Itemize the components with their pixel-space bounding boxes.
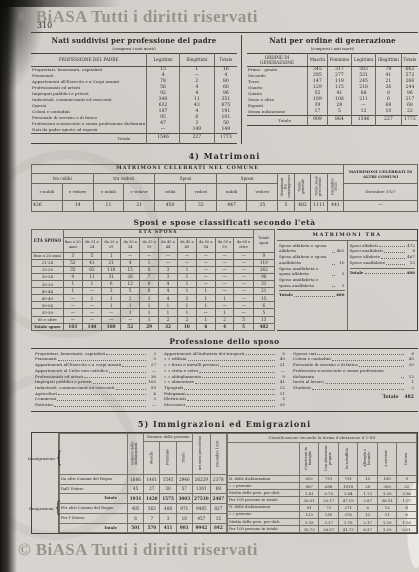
group-header: tra vedovi <box>93 173 155 184</box>
col-header-mesi-precedenti: nei mesi precedenti <box>192 433 210 474</box>
cell: 1773 <box>214 133 237 143</box>
cell: 9942 <box>192 523 210 533</box>
cell: 9 <box>63 273 82 280</box>
dot-leader <box>332 286 335 287</box>
list-item: Studenti2 <box>293 385 414 391</box>
cell: 1 <box>102 252 121 259</box>
cell: 28 <box>358 483 378 490</box>
cell: 13 <box>377 504 397 511</box>
age-col-header: fino a 20 anni <box>63 237 82 252</box>
table-row: Media delle pers. per dich.1.410.751.841… <box>228 490 417 497</box>
row-label: 45-49 <box>32 295 64 302</box>
cell: 98 <box>253 273 274 280</box>
dot-leader <box>317 354 404 355</box>
cell: 1 <box>140 309 159 316</box>
item-label: Sposo alfabeta e sposa alfabeta <box>279 243 331 254</box>
dot-leader <box>188 360 276 361</box>
table-row: 25-29358211815831———262 <box>32 266 275 273</box>
cell: 1 <box>82 295 101 302</box>
cell: 3.56 <box>397 490 417 497</box>
total-label: Totale <box>383 395 399 400</box>
list-item: Professioni sconosciute o senza professi… <box>293 368 414 379</box>
cell: 1 <box>177 273 196 280</box>
cell: — <box>102 309 121 316</box>
literacy-lists: Sposo alfabeta e sposa alfabeta462Sposo … <box>277 241 417 330</box>
item-value: 2 <box>405 385 414 391</box>
age-classification-block: ETÀ SPOSO ETÀ SPOSA Totale sposi fino a … <box>31 229 418 331</box>
brace-glyph: { <box>56 449 62 467</box>
cell: 13 <box>358 511 378 518</box>
col-header-dichiarazioni: Numero delle dichiarazioni <box>127 433 143 474</box>
cell: 2 <box>177 295 196 302</box>
table-row: Per l' Estero6731045715 <box>60 513 227 523</box>
cell: 1545 <box>160 474 176 484</box>
cell: 119 <box>253 259 274 266</box>
table-subtitle: (compresi i nati morti) <box>31 46 237 51</box>
literacy-list-right: Sposi alfabeti472Sposi analfabeti8Spose … <box>348 241 418 330</box>
cell: — <box>121 316 140 323</box>
table-title: MATRIMONI CELEBRATI NEL COMUNE <box>32 164 344 173</box>
row-label: Per 100 persone in totale <box>228 497 300 504</box>
cell: 8 <box>140 266 159 273</box>
sub-header: nubili <box>216 184 247 200</box>
cell: — <box>140 252 159 259</box>
emigration-group-label: Emigrazioni { <box>32 483 58 533</box>
row-label: 25-29 <box>32 266 64 273</box>
cell: 1.50 <box>397 519 417 526</box>
row-label: 55-59 <box>32 309 64 316</box>
cell: 57 <box>176 484 192 494</box>
dot-leader <box>122 366 146 367</box>
table-row: Per 100 persone in totale26.5120.1747.19… <box>228 497 417 504</box>
dot-leader <box>365 273 405 274</box>
item-value: 480 <box>406 270 415 276</box>
cell: — <box>159 259 178 266</box>
literacy-list-left: Sposo alfabeta e sposa alfabeta462Sposo … <box>277 241 348 330</box>
table-row: 50-54——111111——6 <box>32 302 275 309</box>
cell: 1.73 <box>358 490 378 497</box>
sub-header: vedovi <box>185 184 216 200</box>
item-label: Meccanici <box>164 402 185 408</box>
row-label: N. delle dichiarazioni <box>228 504 300 511</box>
group-header: Sposi <box>155 173 217 184</box>
cell: — <box>196 309 215 316</box>
dot-leader <box>381 258 405 259</box>
cell: 27530 <box>192 494 210 504</box>
cell: 411 <box>160 523 176 533</box>
row-label: 60 e oltre <box>32 316 64 323</box>
migration-group-labels: Immigrazioni { Emigrazioni { <box>32 433 59 534</box>
row-label: Media delle pers. per dich. <box>228 519 300 526</box>
row-label: fino a 20 anni <box>32 252 64 259</box>
dot-leader <box>186 406 275 407</box>
cell: 441 <box>327 200 343 211</box>
cell: 1 <box>196 295 215 302</box>
cell: 1773 <box>401 115 418 125</box>
dot-leader <box>58 394 146 395</box>
row-label: Per altri Comuni del Regno <box>60 504 128 514</box>
cell: 9 <box>397 475 417 482</box>
table-row: 436141121450324473554821111441— <box>32 200 418 211</box>
row-label: Totale <box>60 494 128 504</box>
dot-leader <box>332 252 335 253</box>
cell: 52 <box>121 323 140 330</box>
cell: 35.73 <box>299 526 319 533</box>
cell: 867 <box>299 483 319 490</box>
table-row: Dall' Estero45273057130189 <box>60 484 227 494</box>
cell: 91 <box>299 504 319 511</box>
cell: 1 <box>215 309 234 316</box>
dot-leader <box>386 264 405 265</box>
item-value: 462 <box>336 248 345 254</box>
dot-leader <box>332 264 335 265</box>
cell: — <box>215 273 234 280</box>
dot-leader <box>220 366 275 367</box>
cell: 1546 <box>352 115 376 125</box>
dot-leader <box>312 389 404 390</box>
row-label: » » persone <box>228 511 300 518</box>
row-label: 30-34 <box>32 273 64 280</box>
cell: 26229 <box>192 474 210 484</box>
groom-profession-block: Proprietari, benestanti, capitalisti3Pen… <box>31 348 418 412</box>
cell: 376 <box>338 511 358 518</box>
scanned-document-page: © BiASA Tutti i diritti riservati © BiAS… <box>0 0 419 572</box>
age-col-header: da 40 a 44 <box>159 237 178 252</box>
cell: 21 <box>253 288 274 295</box>
cell: 1 <box>177 302 196 309</box>
cell: 6 <box>196 323 215 330</box>
item-label: Professioni sconosciute o senza professi… <box>293 368 400 379</box>
cell: — <box>215 302 234 309</box>
cell: 103 <box>63 323 82 330</box>
row-label: Totale spose <box>32 323 64 330</box>
class-col-header: Con abitazione propria <box>319 442 339 475</box>
cell: 1 <box>140 259 159 266</box>
list-item: Totale480 <box>279 290 345 298</box>
block-title: MATRIMONI TRA <box>277 230 417 241</box>
table-row: 55-59———1111—1—5 <box>32 309 275 316</box>
age-col-header: da 30 a 34 <box>121 237 140 252</box>
cell: — <box>234 309 253 316</box>
cell: — <box>215 281 234 288</box>
cell: 1931 <box>127 494 143 504</box>
cell: — <box>196 273 215 280</box>
cell: 6 <box>102 281 121 288</box>
cell: 89 <box>210 484 226 494</box>
cell: 15 <box>253 295 274 302</box>
cell: 1886 <box>127 474 143 484</box>
list-item: Sposo alfabeta e sposa alfabeta462 <box>279 243 345 254</box>
item-value: 30 <box>405 362 414 368</box>
row-label: 21-24 <box>32 259 64 266</box>
cell: 0.61 <box>397 526 417 533</box>
cell: 30 <box>160 484 176 494</box>
blank-corner <box>228 442 300 475</box>
group-label-text: Immigrazioni <box>28 456 55 461</box>
dot-leader <box>332 360 404 361</box>
table-row: Per 100 persone in totale35.7326.5741.73… <box>228 526 417 533</box>
table-row: fino a 20 anni351———————9 <box>32 252 275 259</box>
cell: 29 <box>140 323 159 330</box>
cell: 41.73 <box>338 526 358 533</box>
cell: 1 <box>63 281 82 288</box>
col-header: Totale <box>214 54 237 67</box>
total-value: 482 <box>404 395 414 400</box>
cell: 47.19 <box>338 497 358 504</box>
list-item: Sposo analfabeta e sposa alfabeta5 <box>279 266 345 277</box>
row-label: Totale <box>247 115 308 125</box>
col-header: ORDINE DI GENERAZIONE <box>247 54 308 67</box>
cell: 9485 <box>192 504 210 514</box>
cell: — <box>344 200 418 211</box>
col-header-consanguinei: Matrimoni fra consanguinei <box>278 173 294 200</box>
cell: 15 <box>121 266 140 273</box>
table-row: 45-49—11234211—15 <box>32 295 275 302</box>
blank-corner <box>60 433 128 474</box>
births-tables: Nati suddivisi per professione del padre… <box>31 32 418 144</box>
cell: 21 <box>102 259 121 266</box>
cell: 5 <box>278 200 294 211</box>
cell: 1428 <box>144 494 160 504</box>
cell: 9 <box>253 252 274 259</box>
cell: 2946 <box>176 474 192 484</box>
cell: 482 <box>253 323 274 330</box>
col-header: Legittimi <box>352 54 376 67</box>
cell: 15 <box>358 475 378 482</box>
col-header-dicembre: Dicembre 1926 <box>210 433 226 474</box>
cell: — <box>196 259 215 266</box>
list-item: Meccanici35 <box>164 402 285 408</box>
cell: 5 <box>82 252 101 259</box>
cell: — <box>102 316 121 323</box>
cell: — <box>215 252 234 259</box>
cell: 5 <box>234 323 253 330</box>
class-col-header: Alberghi o locande <box>358 442 378 475</box>
birth-order-table: ORDINE DI GENERAZIONE Maschi Femmine Leg… <box>247 53 418 126</box>
dot-leader <box>93 383 146 384</box>
cell: 13 <box>253 316 274 323</box>
watermark-bottom: © BiASA Tutti i diritti riservati <box>18 540 258 560</box>
table-row: 21-2452412141—————119 <box>32 259 275 266</box>
cell: 185 <box>377 475 397 482</box>
cell: 45 <box>127 484 143 494</box>
cell: — <box>234 288 253 295</box>
page-number: 310 <box>37 21 418 30</box>
cell: 450 <box>155 200 186 211</box>
cell: 1401 <box>144 474 160 484</box>
class-col-header: In subaffitto <box>338 442 358 475</box>
table-row: 35-3911612641———31 <box>32 281 275 288</box>
table-row: Totale spose10314016052293210645482 <box>32 323 275 330</box>
profession-total: Totale 482 <box>293 395 414 400</box>
cell: 21 <box>124 200 155 211</box>
cell: 1.84 <box>338 490 358 497</box>
cell: 5 <box>234 316 253 323</box>
immigration-group-label: Immigrazioni { <box>32 433 58 483</box>
dot-leader <box>195 383 275 384</box>
list-item: Sposo alfabeta e sposa analfabeta10 <box>279 254 345 265</box>
cell: 31 <box>253 281 274 288</box>
migration-block: Immigrazioni { Emigrazioni { Numero dell… <box>31 432 418 535</box>
cell: 32 <box>159 323 178 330</box>
cell: 495 <box>127 504 143 514</box>
cell: — <box>63 295 82 302</box>
cell: 118 <box>102 266 121 273</box>
cell: 1 <box>140 302 159 309</box>
cell: — <box>234 281 253 288</box>
cell: 1.29 <box>377 526 397 533</box>
cell: 1 <box>177 309 196 316</box>
cell: 2378 <box>210 474 226 484</box>
cell: 482 <box>294 200 310 211</box>
class-col-header: Diversi <box>397 442 417 475</box>
list-item: Fattorini— <box>35 402 156 408</box>
cell: 4 <box>121 259 140 266</box>
dot-leader <box>84 377 146 378</box>
cell: 3 <box>102 288 121 295</box>
cell: 6 <box>253 302 274 309</box>
cell: 3 <box>159 266 178 273</box>
cell: 1 <box>140 316 159 323</box>
cell: 658 <box>319 483 339 490</box>
cell: 1546 <box>147 133 180 143</box>
cell: — <box>215 259 234 266</box>
dot-leader <box>54 406 146 407</box>
cell: 5 <box>253 309 274 316</box>
cell: — <box>121 252 140 259</box>
cell: 1 <box>121 309 140 316</box>
dot-leader <box>332 275 335 276</box>
housing-classification-table: Classificazione secondo la forma d'abita… <box>227 433 417 534</box>
cell: 10 <box>177 323 196 330</box>
cell: 300 <box>377 483 397 490</box>
cell: 4 <box>159 288 178 295</box>
cell: 82 <box>82 266 101 273</box>
cell: 1 <box>196 302 215 309</box>
dot-leader <box>294 296 334 297</box>
cell: 1575 <box>160 494 176 504</box>
cell: — <box>177 259 196 266</box>
table-row: » » persone12325537613116 <box>228 511 417 518</box>
cell: — <box>234 259 253 266</box>
row-axis-label: ETÀ SPOSO <box>32 229 64 252</box>
cell: 1 <box>121 302 140 309</box>
item-label: Fattorini <box>35 402 53 408</box>
col-header: Illegittimi <box>376 54 402 67</box>
marriages-table: MATRIMONI CELEBRATI NEL COMUNE MATRIMONI… <box>31 164 418 212</box>
dot-leader <box>184 389 275 390</box>
cell: 140 <box>82 323 101 330</box>
cell: 160 <box>102 323 121 330</box>
cell: — <box>234 252 253 259</box>
col-header: Legittimi <box>147 54 180 67</box>
cell: 501 <box>127 523 143 533</box>
cell: 7 <box>144 513 160 523</box>
cell: — <box>177 252 196 259</box>
section-heading-eta: Sposi e spose classificati secondo l'età <box>31 218 418 227</box>
age-col-header: da 60 e oltre <box>234 237 253 252</box>
profession-list-3: Operai vari8Coloni e contadini45Personal… <box>289 351 418 408</box>
cell: 6 <box>397 511 417 518</box>
cell: — <box>234 273 253 280</box>
row-label: Totale <box>31 133 147 143</box>
section-heading-professione-sposo: Professione dello sposo <box>31 337 418 346</box>
sub-header: celibi <box>155 184 186 200</box>
dot-leader <box>116 389 146 390</box>
row-label: Da altri Comuni del Regno <box>60 474 128 484</box>
item-value: — <box>147 402 156 408</box>
item-label: Studenti <box>293 385 311 391</box>
item-label: Totale <box>279 292 293 298</box>
cell: 227 <box>376 115 402 125</box>
cell: 5 <box>121 288 140 295</box>
cell: 1 <box>177 266 196 273</box>
class-col-header: Conviventi in famiglia <box>299 442 319 475</box>
list-item: Spose analfabete13 <box>350 260 416 266</box>
cell: 408 <box>160 504 176 514</box>
cell: 1 <box>196 288 215 295</box>
table-title: Nati per ordine di generazione <box>247 36 418 45</box>
literacy-marriages-block: MATRIMONI TRA Sposo alfabeta e sposa alf… <box>277 229 418 331</box>
births-by-father-profession: Nati suddivisi per professione del padre… <box>31 35 242 144</box>
row-label: 436 <box>32 200 63 211</box>
col-axis-label: ETÀ SPOSA <box>63 229 253 237</box>
sub-header-femmine: Femmine <box>160 441 176 474</box>
cell: — <box>82 316 101 323</box>
cell: — <box>82 309 101 316</box>
cell: 27 <box>144 484 160 494</box>
cell: 20.17 <box>319 497 339 504</box>
sub-header-other-dicembre: Dicembre 1927 <box>344 184 418 200</box>
dot-leader <box>325 383 404 384</box>
col-header: Maschi <box>308 54 328 67</box>
age-col-header: da 45 a 49 <box>177 237 196 252</box>
cell: 6 <box>358 504 378 511</box>
dot-leader <box>109 372 146 373</box>
row-label: Per 100 persone in totale <box>228 526 300 533</box>
cell: 2467 <box>210 494 226 504</box>
cell: 14 <box>62 200 93 211</box>
cell: — <box>234 302 253 309</box>
section-heading-migrazioni: 5) Immigrazioni ed Emigrazioni <box>31 419 418 429</box>
cell: — <box>196 281 215 288</box>
item-label: Sposo analfabeta e sposa alfabeta <box>279 266 331 277</box>
group-header: tra celibi <box>32 173 94 184</box>
cell: 3003 <box>176 494 192 504</box>
table-row: 30-349113136731———98 <box>32 273 275 280</box>
item-value: 5 <box>336 271 345 277</box>
cell: 3.87 <box>358 497 378 504</box>
dot-leader <box>58 360 146 361</box>
cell: 1111 <box>311 200 327 211</box>
dot-leader <box>199 372 275 373</box>
cell: 1 <box>63 288 82 295</box>
migration-counts-table: Numero delle dichiarazioni Numero delle … <box>59 433 227 534</box>
sub-header-totale: Totale <box>176 441 192 474</box>
cell: 751 <box>319 475 339 482</box>
row-label: 50-54 <box>32 302 64 309</box>
table-row: 40-441—356411——21 <box>32 288 275 295</box>
cell: 227 <box>179 133 214 143</box>
cell: 15 <box>210 513 226 523</box>
row-label: Dall' Estero <box>60 484 128 494</box>
sub-header: e vedove <box>62 184 93 200</box>
other-municipalities-title: MATRIMONI CELEBRATI IN ALTRI COMUNI <box>344 164 418 184</box>
cell: — <box>234 295 253 302</box>
item-label: Totale <box>350 270 364 276</box>
age-col-header: da 21 a 24 <box>82 237 101 252</box>
cell: 3.17 <box>319 519 339 526</box>
